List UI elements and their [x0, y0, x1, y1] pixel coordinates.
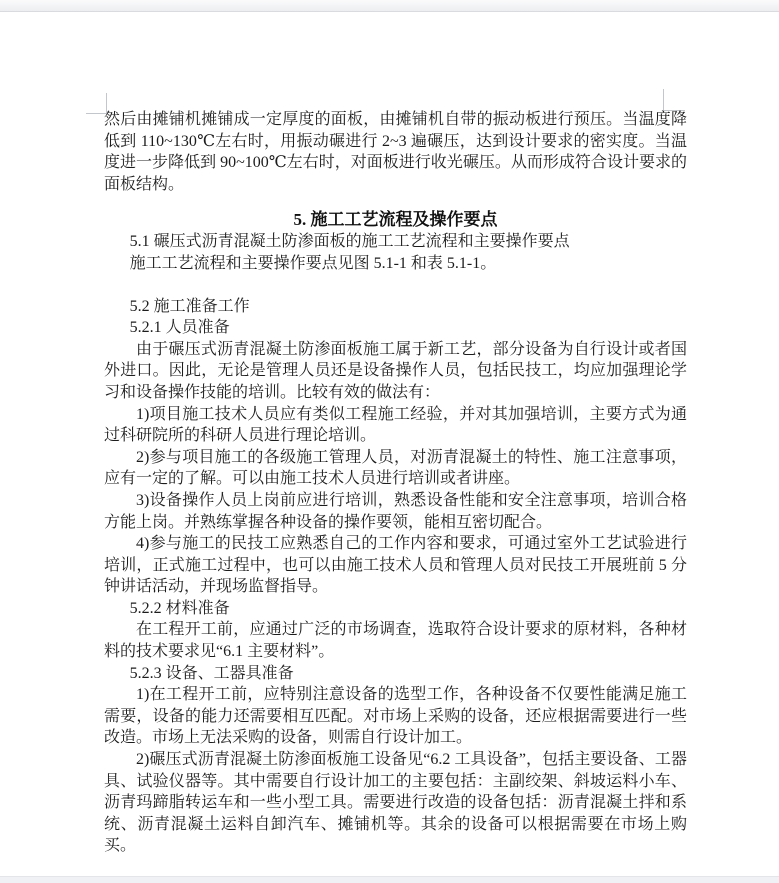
list-item-1-equipment-select: 1)在工程开工前，应特别注意设备的选型工作，各种设备不仅要性能满足施工需要，设备… [104, 684, 687, 749]
document-page: 然后由摊铺机摊铺成一定厚度的面板，由摊铺机自带的振动板进行预压。当温度降低到 1… [0, 0, 779, 883]
section-5-2-2-heading: 5.2.2 材料准备 [104, 598, 687, 620]
list-item-1-technical-staff: 1)项目施工技术人员应有类似工程施工经验，并对其加强培训，主要方式为通过科研院所… [104, 404, 687, 447]
section-5-2-1-heading: 5.2.1 人员准备 [104, 317, 687, 339]
section-5-2-3-heading: 5.2.3 设备、工器具准备 [104, 663, 687, 685]
toolbar-bottom-edge [0, 0, 779, 12]
document-text-area[interactable]: 然后由摊铺机摊铺成一定厚度的面板，由摊铺机自带的振动板进行预压。当温度降低到 1… [104, 109, 687, 857]
list-item-3-operators: 3)设备操作人员上岗前应进行培训，熟悉设备性能和安全注意事项，培训合格方能上岗。… [104, 490, 687, 533]
section-5-2-heading: 5.2 施工准备工作 [104, 296, 687, 318]
list-item-4-workers: 4)参与施工的民技工应熟悉自己的工作内容和要求，可通过室外工艺试验进行培训，正式… [104, 533, 687, 598]
section-5-1-heading: 5.1 碾压式沥青混凝土防渗面板的施工工艺流程和主要操作要点 [104, 231, 687, 253]
paragraph-personnel-intro: 由于碾压式沥青混凝土防渗面板施工属于新工艺，部分设备为自行设计或者国外进口。因此… [104, 339, 687, 404]
list-item-2-managers: 2)参与项目施工的各级施工管理人员，对沥青混凝土的特性、施工注意事项，应有一定的… [104, 447, 687, 490]
section-5-1-reference-line: 施工工艺流程和主要操作要点见图 5.1-1 和表 5.1-1。 [104, 253, 687, 275]
paragraph-paving-rolling: 然后由摊铺机摊铺成一定厚度的面板，由摊铺机自带的振动板进行预压。当温度降低到 1… [104, 109, 687, 195]
chapter-heading: 5. 施工工艺流程及操作要点 [104, 209, 687, 231]
paragraph-material-prep: 在工程开工前，应通过广泛的市场调查，选取符合设计要求的原材料，各种材料的技术要求… [104, 619, 687, 662]
statusbar-top-edge [0, 876, 779, 883]
list-item-2-equipment-list: 2)碾压式沥青混凝土防渗面板施工设备见“6.2 工具设备”，包括主要设备、工器具… [104, 749, 687, 857]
text-boundary-mark-top-right [663, 89, 685, 111]
